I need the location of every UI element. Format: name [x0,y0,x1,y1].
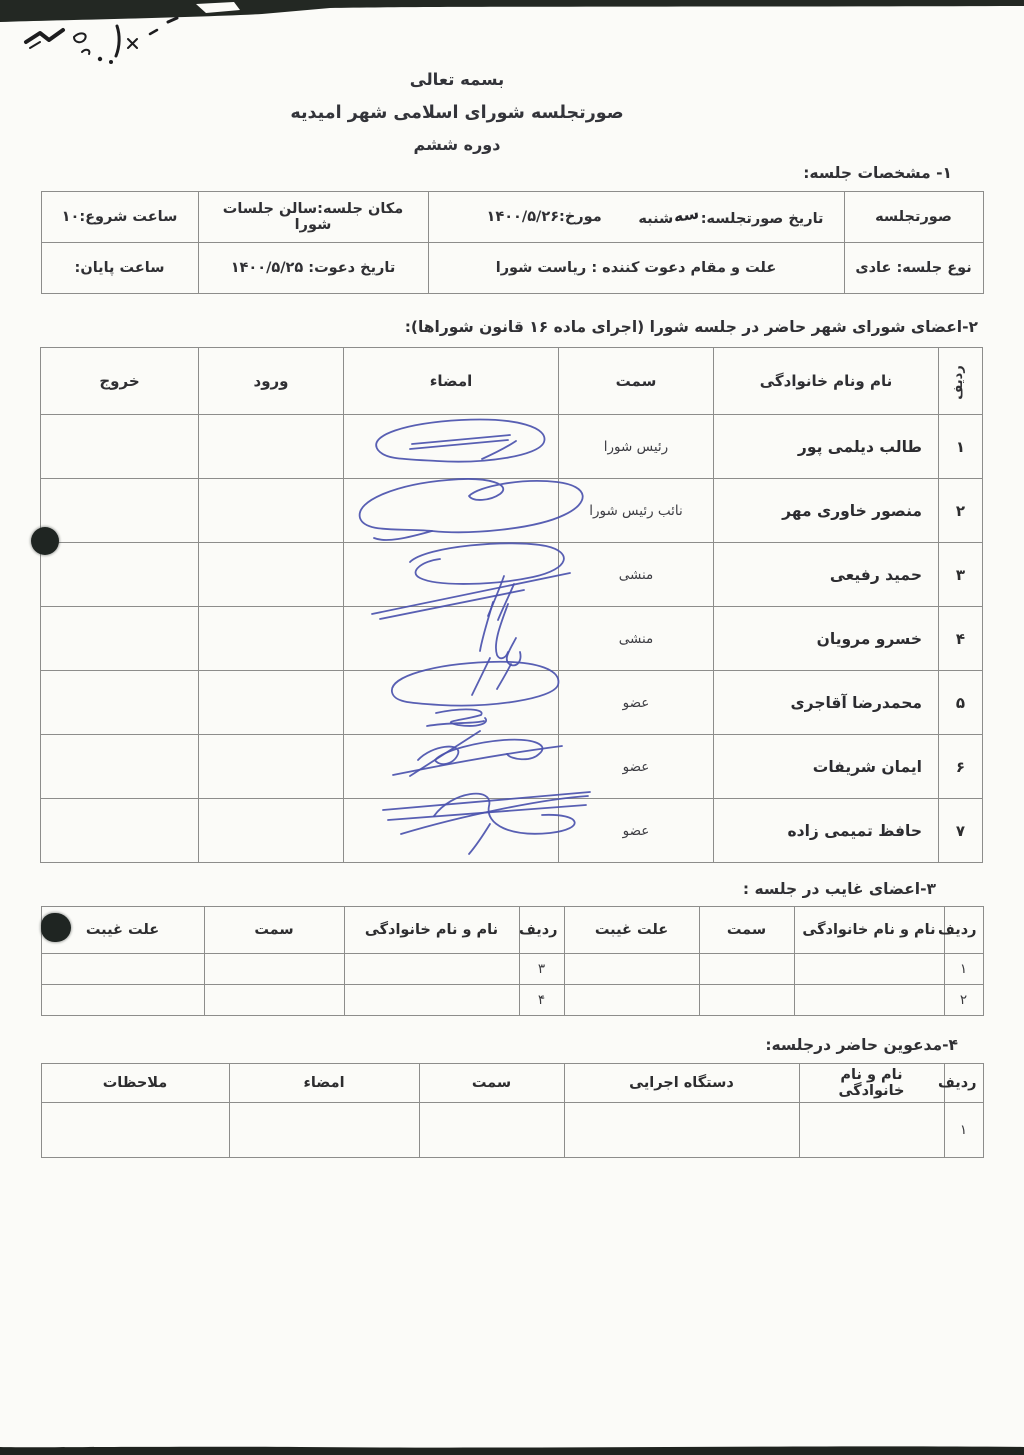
row-number: ۴ [519,985,564,1016]
guest-position-cell [419,1103,564,1158]
absent-header-row: ردیف نام و نام خانوادگی سمت علت غیبت ردی… [41,907,983,954]
col-header-row-number: ردیف [519,907,564,954]
col-header-exit: خروج [41,348,199,415]
member-row: ۵ محمدرضا آقاجری عضو [41,671,983,735]
signature-cell [344,799,559,863]
document-title: صورتجلسه شورای اسلامی شهر امیدیه [0,103,969,123]
member-name: خسرو مرویان [714,607,939,671]
handwritten-day-ink: سه [671,203,701,226]
absent-row: ۲ ۴ [41,985,983,1016]
member-position: عضو [559,735,714,799]
signature-cell [344,415,559,479]
absent-members-table: ردیف نام و نام خانوادگی سمت علت غیبت ردی… [41,906,984,1016]
absence-reason-cell [41,985,204,1016]
absent-name-cell [344,954,519,985]
absent-position-cell [204,954,344,985]
signature-cell [344,607,559,671]
member-row: ۱ طالب دیلمی پور رئیس شورا [41,415,983,479]
col-header-position: سمت [559,348,714,415]
col-header-name: نام و نام خانوادگی [799,1064,944,1103]
minutes-label-cell: صورتجلسه [844,192,983,243]
col-header-signature: امضاء [229,1064,419,1103]
col-header-name: نام و نام خانوادگی [344,907,519,954]
meeting-info-row2: نوع جلسه: عادی علت و مقام دعوت کننده : ر… [41,243,983,294]
start-time-cell: ساعت شروع:۱۰ [41,192,198,243]
exit-cell [41,799,199,863]
member-row: ۳ حمید رفیعی منشی [41,543,983,607]
section2-title: ۲-اعضای شورای شهر حاضر در جلسه شورا (اجر… [0,318,978,336]
invite-date-cell: تاریخ دعوت: ۱۴۰۰/۵/۲۵ [198,243,428,294]
row-number: ۶ [939,735,983,799]
exit-cell [41,607,199,671]
row-number: ۲ [944,985,983,1016]
member-name: طالب دیلمی پور [714,415,939,479]
col-header-position: سمت [204,907,344,954]
row-number: ۳ [519,954,564,985]
meeting-info-table: صورتجلسه تاریخ صورتجلسه:سهشنبه مورخ:۱۴۰۰… [41,191,984,294]
absent-name-cell [794,954,944,985]
member-position: عضو [559,799,714,863]
absent-row: ۱ ۳ [41,954,983,985]
punch-hole [31,527,59,555]
guest-agency-cell [564,1103,799,1158]
col-header-position: سمت [699,907,794,954]
minutes-dated-value: مورخ:۱۴۰۰/۵/۲۶ [487,209,602,225]
present-header-row: ردیف نام ونام خانوادگی سمت امضاء ورود خر… [41,348,983,415]
row-number: ۱ [944,954,983,985]
exit-cell [41,735,199,799]
scanned-page: بسمه تعالی صورتجلسه شورای اسلامی شهر امی… [0,0,1024,1455]
punch-hole [41,913,71,942]
exit-cell [41,479,199,543]
signature-cell [344,671,559,735]
col-header-row-number: ردیف [939,348,983,415]
minutes-date-wrap: تاریخ صورتجلسه:سهشنبه مورخ:۱۴۰۰/۵/۲۶ [435,208,838,227]
absence-reason-cell [564,985,699,1016]
entry-cell [199,607,344,671]
row-number: ۴ [939,607,983,671]
section1-title: ۱- مشخصات جلسه: [0,164,952,182]
present-members-table: ردیف نام ونام خانوادگی سمت امضاء ورود خر… [40,347,983,863]
guest-row: ۱ [41,1103,983,1158]
member-position: نائب رئیس شورا [559,479,714,543]
member-position: منشی [559,607,714,671]
col-header-position: سمت [419,1064,564,1103]
exit-cell [41,415,199,479]
entry-cell [199,415,344,479]
guest-name-cell [799,1103,944,1158]
meeting-type-cell: نوع جلسه: عادی [844,243,983,294]
col-header-agency: دستگاه اجرایی [564,1064,799,1103]
col-header-entry: ورود [199,348,344,415]
absent-name-cell [344,985,519,1016]
signature-cell [344,735,559,799]
col-header-signature: امضاء [344,348,559,415]
member-name: محمدرضا آقاجری [714,671,939,735]
guests-header-row: ردیف نام و نام خانوادگی دستگاه اجرایی سم… [41,1064,983,1103]
col-header-row-number: ردیف [944,1064,983,1103]
col-header-absence-reason: علت غیبت [564,907,699,954]
signature-cell [344,479,559,543]
row-number: ۱ [939,415,983,479]
invited-guests-table: ردیف نام و نام خانوادگی دستگاه اجرایی سم… [41,1063,984,1158]
col-header-notes: ملاحظات [41,1064,229,1103]
member-row: ۴ خسرو مرویان منشی [41,607,983,671]
entry-cell [199,735,344,799]
section3-title: ۳-اعضای غایب در جلسه : [0,880,936,898]
entry-cell [199,799,344,863]
exit-cell [41,543,199,607]
row-number: ۳ [939,543,983,607]
document-header: بسمه تعالی صورتجلسه شورای اسلامی شهر امی… [0,0,969,154]
entry-cell [199,671,344,735]
row-number: ۱ [944,1103,983,1158]
member-row: ۲ منصور خاوری مهر نائب رئیس شورا [41,479,983,543]
section4-title: ۴-مدعوین حاضر درجلسه: [0,1036,958,1054]
member-position: عضو [559,671,714,735]
absent-position-cell [699,954,794,985]
absence-reason-cell [564,954,699,985]
member-row: ۷ حافظ تمیمی زاده عضو [41,799,983,863]
member-row: ۶ ایمان شریفات عضو [41,735,983,799]
col-header-name: نام و نام خانوادگی [794,907,944,954]
col-header-row-number: ردیف [944,907,983,954]
member-position: رئیس شورا [559,415,714,479]
absent-position-cell [204,985,344,1016]
member-name: ایمان شریفات [714,735,939,799]
guest-signature-cell [229,1103,419,1158]
signature-cell [344,543,559,607]
end-time-cell: ساعت پایان: [41,243,198,294]
bismillah-line: بسمه تعالی [0,70,969,89]
member-name: منصور خاوری مهر [714,479,939,543]
exit-cell [41,671,199,735]
absence-reason-cell [41,954,204,985]
absent-position-cell [699,985,794,1016]
row-number: ۲ [939,479,983,543]
guest-notes-cell [41,1103,229,1158]
member-name: حافظ تمیمی زاده [714,799,939,863]
term-line: دوره ششم [0,135,969,154]
row-number: ۵ [939,671,983,735]
present-members-wrap: ردیف نام ونام خانوادگی سمت امضاء ورود خر… [41,347,983,863]
absent-name-cell [794,985,944,1016]
entry-cell [199,543,344,607]
document-content: بسمه تعالی صورتجلسه شورای اسلامی شهر امی… [0,0,1024,1455]
member-name: حمید رفیعی [714,543,939,607]
meeting-location-cell: مکان جلسه:سالن جلسات شورا [198,192,428,243]
minutes-date-cell: تاریخ صورتجلسه:سهشنبه مورخ:۱۴۰۰/۵/۲۶ [428,192,844,243]
meeting-info-row1: صورتجلسه تاریخ صورتجلسه:سهشنبه مورخ:۱۴۰۰… [41,192,983,243]
inviter-cell: علت و مقام دعوت کننده : ریاست شورا [428,243,844,294]
entry-cell [199,479,344,543]
col-header-name: نام ونام خانوادگی [714,348,939,415]
row-number: ۷ [939,799,983,863]
member-position: منشی [559,543,714,607]
minutes-date-day: تاریخ صورتجلسه:سهشنبه [638,208,823,227]
